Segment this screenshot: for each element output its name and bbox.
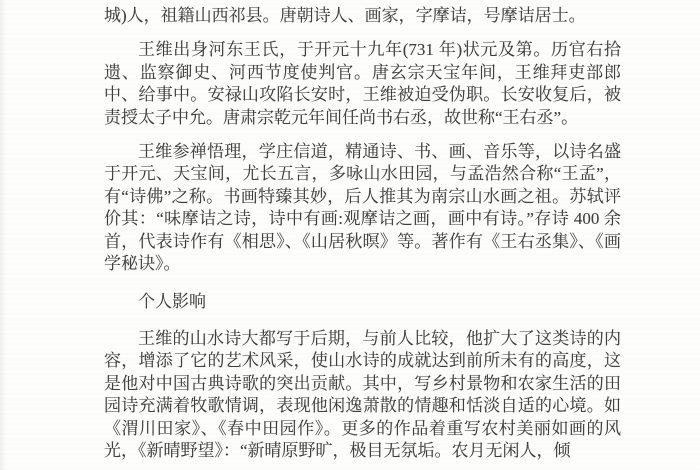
scanned-document-page: 城)人，祖籍山西祁县。唐朝诗人、画家，字摩诘，号摩诘居士。 王维出身河东王氏，于…	[0, 0, 700, 470]
paragraph-landscape-poetry-influence: 王维的山水诗大都写于后期，与前人比较，他扩大了这类诗的内容，增添了它的艺术风采，…	[104, 328, 621, 462]
paragraph-artistic-achievements: 王维参禅悟理，学庄信道，精通诗、书、画、音乐等，以诗名盛于开元、天宝间，尤长五言…	[104, 141, 621, 275]
text-column: 城)人，祖籍山西祁县。唐朝诗人、画家，字摩诘，号摩诘居士。 王维出身河东王氏，于…	[104, 5, 621, 470]
paragraph-official-career: 王维出身河东王氏，于开元十九年(731 年)状元及第。历官右拾遗、监察御史、河西…	[104, 39, 621, 129]
paragraph-biography-continuation: 城)人，祖籍山西祁县。唐朝诗人、画家，字摩诘，号摩诘居士。	[104, 5, 621, 27]
section-heading-personal-influence: 个人影响	[104, 291, 621, 313]
